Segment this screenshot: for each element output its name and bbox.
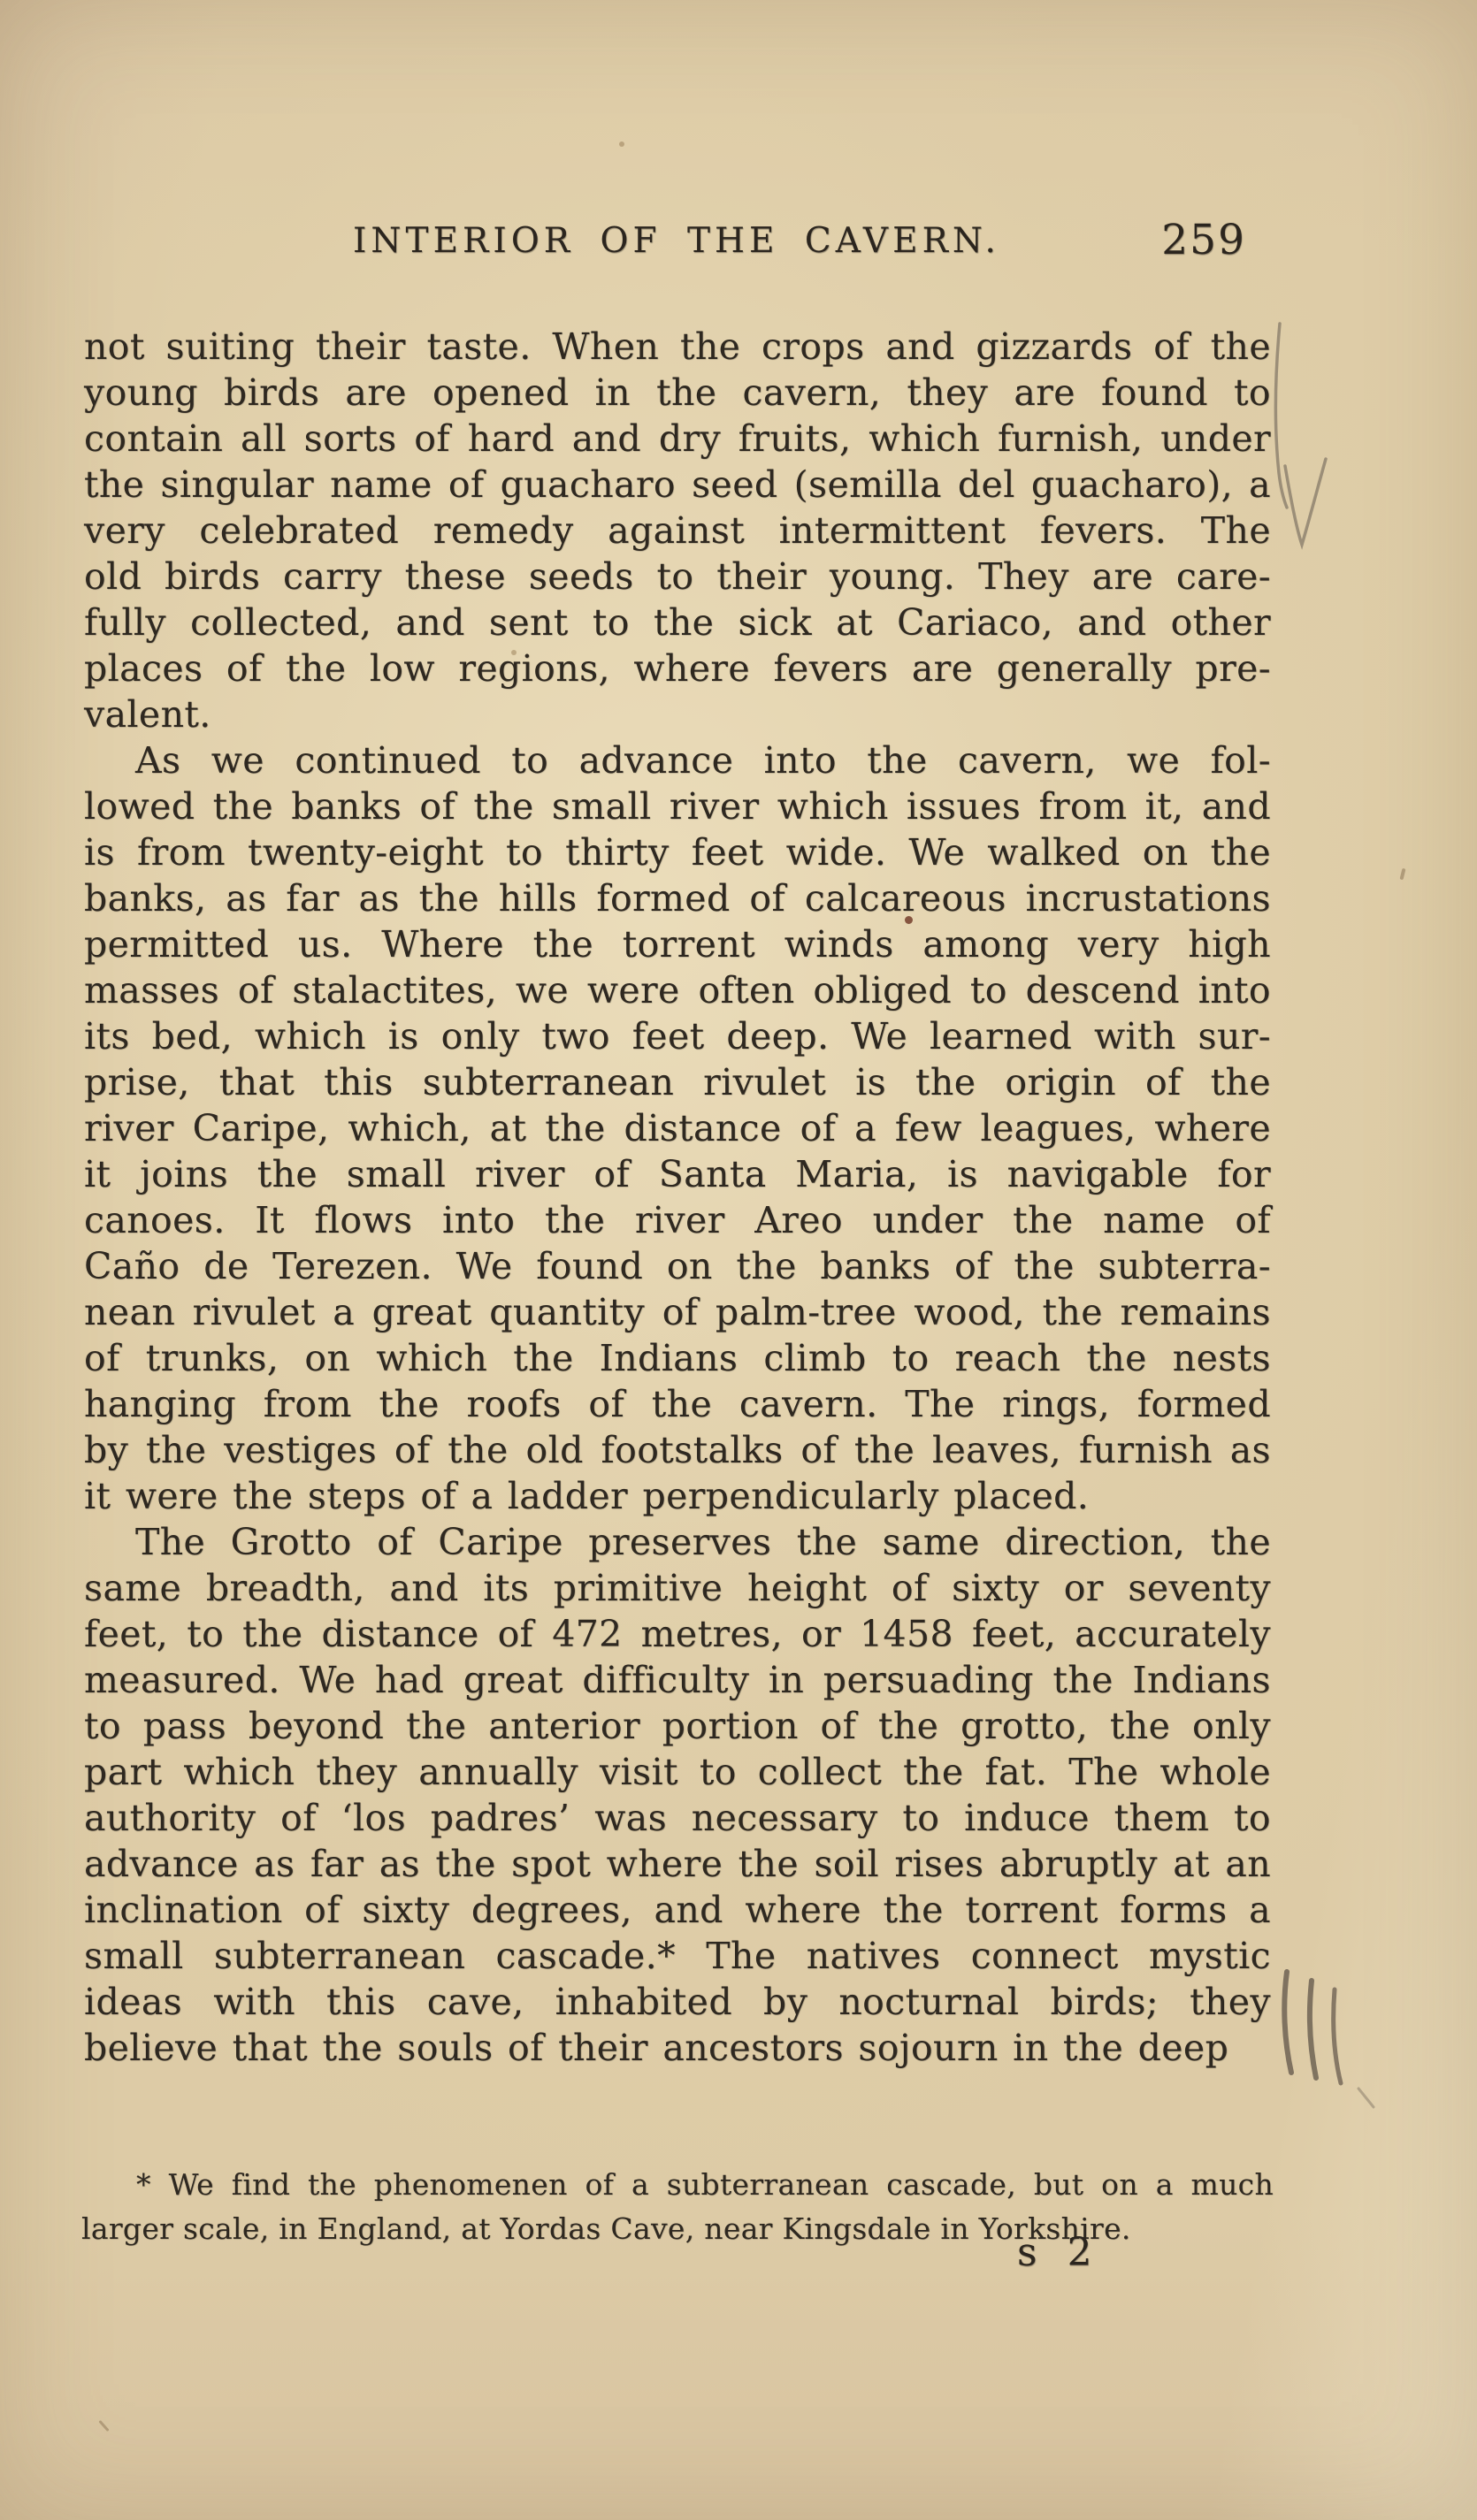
text-line: inclination of sixty degrees, and where … — [84, 1887, 1271, 1933]
paper-speck — [619, 141, 624, 147]
text-line: old birds carry these seeds to their you… — [84, 554, 1271, 599]
body-text: not suiting their taste. When the crops … — [84, 324, 1271, 2071]
text-line: Caño de Terezen. We found on the banks o… — [84, 1243, 1271, 1289]
text-line: The Grotto of Caripe preserves the same … — [84, 1519, 1271, 1565]
text-line: authority of ‘los padres’ was necessary … — [84, 1795, 1271, 1841]
text-line: the singular name of guacharo seed (semi… — [84, 462, 1271, 508]
text-line: feet, to the distance of 472 metres, or … — [84, 1611, 1271, 1657]
text-line: of trunks, on which the Indians climb to… — [84, 1335, 1271, 1381]
running-head: INTERIOR OF THE CAVERN. 259 — [84, 221, 1271, 267]
text-line: to pass beyond the anterior portion of t… — [84, 1703, 1271, 1749]
text-line: is from twenty-eight to thirty feet wide… — [84, 829, 1271, 875]
text-line: contain all sorts of hard and dry fruits… — [84, 416, 1271, 462]
text-line: part which they annually visit to collec… — [84, 1749, 1271, 1795]
text-line: it joins the small river of Santa Maria,… — [84, 1151, 1271, 1197]
text-line: valent. — [84, 691, 1271, 737]
text-line: nean rivulet a great quantity of palm-tr… — [84, 1289, 1271, 1335]
pencil-tally-mark-2 — [1310, 1981, 1316, 2078]
text-line: measured. We had great difficulty in per… — [84, 1657, 1271, 1703]
page-number: 259 — [1161, 216, 1246, 264]
pencil-tally-mark-1 — [1284, 1972, 1291, 2073]
text-line: by the vestiges of the old footstalks of… — [84, 1427, 1271, 1473]
text-line: not suiting their taste. When the crops … — [84, 324, 1271, 370]
paper-fiber — [1399, 868, 1405, 881]
text-line: fully collected, and sent to the sick at… — [84, 599, 1271, 645]
pencil-tally-mark-3 — [1334, 1989, 1341, 2083]
pencil-check-mark — [1285, 459, 1326, 545]
text-line: river Caripe, which, at the distance of … — [84, 1105, 1271, 1151]
book-page-scan: INTERIOR OF THE CAVERN. 259 not suiting … — [0, 0, 1477, 2520]
text-line: prise, that this subterranean rivulet is… — [84, 1059, 1271, 1105]
text-line: very celebrated remedy against intermitt… — [84, 508, 1271, 554]
text-line: its bed, which is only two feet deep. We… — [84, 1013, 1271, 1059]
pencil-small-tick — [1358, 2089, 1374, 2107]
running-head-title: INTERIOR OF THE CAVERN. — [349, 221, 1004, 261]
text-line: hanging from the roofs of the cavern. Th… — [84, 1381, 1271, 1427]
text-line: * We find the phenomenen of a subterrane… — [81, 2163, 1274, 2207]
text-line: masses of stalactites, we were often obl… — [84, 967, 1271, 1013]
text-line: lowed the banks of the small river which… — [84, 783, 1271, 829]
pencil-vertical-line-mark — [1275, 324, 1287, 508]
text-line: places of the low regions, where fevers … — [84, 645, 1271, 691]
text-line: permitted us. Where the torrent winds am… — [84, 921, 1271, 967]
text-line: canoes. It flows into the river Areo und… — [84, 1197, 1271, 1243]
text-line: it were the steps of a ladder perpendicu… — [84, 1473, 1271, 1519]
text-line: ideas with this cave, inhabited by noctu… — [84, 1979, 1271, 2025]
text-line: As we continued to advance into the cave… — [84, 737, 1271, 783]
text-line: small subterranean cascade.* The natives… — [84, 1933, 1271, 1979]
paper-fiber — [98, 2420, 109, 2432]
text-line: banks, as far as the hills formed of cal… — [84, 875, 1271, 921]
text-line: believe that the souls of their ancestor… — [84, 2025, 1271, 2071]
signature-mark: s 2 — [1017, 2230, 1101, 2275]
text-line: same breadth, and its primitive height o… — [84, 1565, 1271, 1611]
text-line: advance as far as the spot where the soi… — [84, 1841, 1271, 1887]
text-line: young birds are opened in the cavern, th… — [84, 370, 1271, 416]
